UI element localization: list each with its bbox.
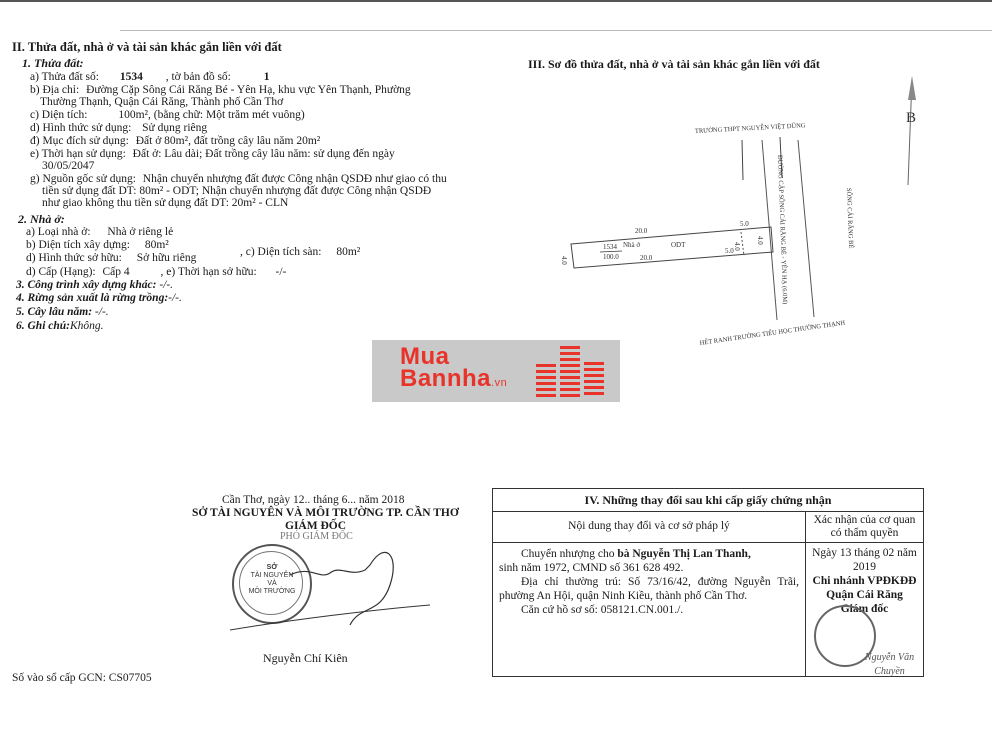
svg-text:HẾT RANH TRƯỜNG TIỂU HỌC THƯỜN: HẾT RANH TRƯỜNG TIỂU HỌC THƯỜNG THẠNH [699, 319, 846, 347]
land-heading: 1. Thửa đất: [22, 56, 84, 71]
file-number: Căn cứ hồ sơ số: 058121.CN.001./. [499, 603, 799, 617]
parcel-diagram: B TRƯỜNG THPT NGUYỄN VIỆT DŨNG ĐƯỜNG CẶP… [540, 70, 992, 360]
origin-line-3: như giao không thu tiền sử dụng đất DT: … [42, 197, 288, 210]
building-icon [532, 344, 612, 400]
signer-name: Nguyễn Chí Kiên [263, 652, 348, 665]
parcel-row: a) Thửa đất số: 1534 , tờ bản đồ số: 1 [30, 71, 270, 84]
col-confirm-header: Xác nhận của cơ quan có thẩm quyền [806, 512, 924, 543]
map-number: 1 [264, 71, 270, 83]
section-4-title: IV. Những thay đổi sau khi cấp giấy chứn… [493, 489, 924, 512]
svg-text:ĐƯỜNG CẶP SÔNG CÁI RĂNG BÉ - Y: ĐƯỜNG CẶP SÔNG CÁI RĂNG BÉ - YÊN HẠ (6.0… [776, 155, 789, 305]
svg-text:B: B [906, 110, 916, 126]
svg-text:ODT: ODT [671, 241, 686, 249]
north-arrow-icon [908, 76, 916, 185]
item-5: 5. Cây lâu năm: -/-. [16, 306, 109, 319]
area-row: c) Diện tích: 100m², (bằng chữ: Một trăm… [30, 109, 305, 122]
svg-text:TRƯỜNG THPT NGUYỄN VIỆT DŨNG: TRƯỜNG THPT NGUYỄN VIỆT DŨNG [695, 121, 806, 135]
changes-table: IV. Những thay đổi sau khi cấp giấy chứn… [492, 488, 924, 677]
parcel-number: 1534 [120, 71, 143, 83]
floor-area-row: , c) Diện tích sàn: 80m² [240, 246, 360, 259]
sign-org: SỞ TÀI NGUYÊN VÀ MÔI TRƯỜNG TP. CẦN THƠ [192, 507, 459, 520]
svg-text:4.0: 4.0 [756, 236, 764, 245]
purpose-row: đ) Mục đích sử dụng: Đất ở 80m², đất trồ… [30, 135, 320, 148]
section-2-title: II. Thửa đất, nhà ở và tài sản khác gắn … [12, 40, 282, 55]
svg-text:20.0: 20.0 [635, 227, 648, 235]
ownership-row: d) Hình thức sở hữu: Sở hữu riêng [26, 252, 196, 265]
signature-scribble [230, 535, 430, 645]
watermark-logo: Mua Bannha.vn [372, 340, 620, 402]
item-6: 6. Ghi chú:Không. [16, 320, 104, 333]
svg-text:1534: 1534 [603, 243, 618, 251]
svg-text:4.0: 4.0 [733, 242, 741, 251]
confirm-signer: Nguyễn Văn Chuyền [856, 651, 923, 679]
sign-date: Cần Thơ, ngày 12.. tháng 6... năm 2018 [222, 494, 405, 507]
change-entry: Chuyển nhượng cho bà Nguyễn Thị Lan Than… [493, 543, 806, 677]
term-date: 30/05/2047 [42, 160, 94, 173]
svg-text:Nhà ở: Nhà ở [623, 241, 640, 249]
confirmation-cell: Ngày 13 tháng 02 năm 2019 Chi nhánh VPĐK… [806, 543, 924, 677]
registry-number: Số vào sổ cấp GCN: CS07705 [12, 672, 152, 685]
svg-text:20.0: 20.0 [640, 254, 653, 262]
svg-text:100.0: 100.0 [603, 253, 619, 261]
svg-text:5.0: 5.0 [725, 247, 734, 255]
svg-text:SÔNG CÁI RĂNG BÉ: SÔNG CÁI RĂNG BÉ [845, 188, 855, 249]
use-form-row: d) Hình thức sử dụng: Sử dụng riêng [30, 122, 207, 135]
address-line-2: Thường Thạnh, Quận Cái Răng, Thành phố C… [40, 96, 283, 109]
house-heading: 2. Nhà ở: [18, 212, 65, 227]
col-content-header: Nội dung thay đổi và cơ sở pháp lý [493, 512, 806, 543]
svg-text:5.0: 5.0 [740, 220, 749, 228]
grade-row: d) Cấp (Hạng): Cấp 4 , e) Thời hạn sở hữ… [26, 266, 286, 279]
transferee-name: bà Nguyễn Thị Lan Thanh, [617, 548, 751, 560]
svg-text:4.0: 4.0 [560, 256, 568, 265]
scan-edge [120, 30, 992, 31]
item-3: 3. Công trình xây dựng khác: -/-. [16, 279, 173, 292]
build-area-row: b) Diện tích xây dựng: 80m² [26, 239, 169, 252]
top-border [0, 0, 992, 2]
confirm-date: Ngày 13 tháng 02 năm 2019 [806, 546, 923, 574]
house-type-row: a) Loại nhà ở: Nhà ở riêng lẻ [26, 226, 173, 239]
item-4: 4. Rừng sản xuất là rừng trồng:-/-. [16, 292, 182, 305]
